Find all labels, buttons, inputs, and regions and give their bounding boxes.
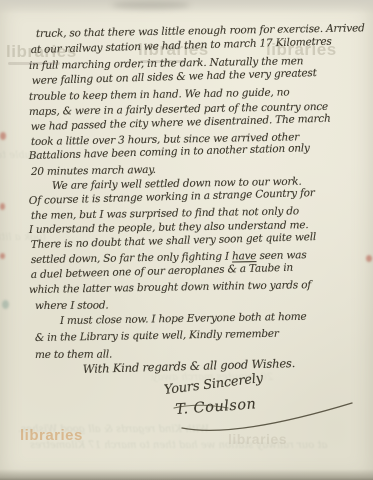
bleed-speck bbox=[366, 255, 372, 262]
letter-page: libraries libraries libraries libraries … bbox=[0, 0, 373, 480]
letter-line: I must close now. I hope Everyone both a… bbox=[60, 311, 307, 327]
letter-line: me to them all. bbox=[35, 348, 112, 361]
letter-line-segment: seen was bbox=[256, 249, 306, 262]
letter-line: which the latter was brought down within… bbox=[29, 279, 311, 296]
scan-top-smudge bbox=[112, 1, 190, 9]
bleed-through: at our railway station we had then to ma… bbox=[30, 440, 327, 451]
scan-top-edge bbox=[0, 0, 373, 14]
letter-line: & in the Library is quite well, Kindly r… bbox=[35, 328, 279, 344]
signature-flourish bbox=[168, 396, 360, 438]
bleed-speck bbox=[0, 203, 5, 210]
bleed-speck bbox=[0, 253, 5, 259]
scan-bottom-edge bbox=[0, 469, 373, 480]
letter-line: where I stood. bbox=[35, 299, 109, 312]
underlined-word: have bbox=[232, 250, 257, 262]
letter-line: 20 minutes march away. bbox=[31, 164, 156, 178]
bleed-speck bbox=[0, 132, 6, 140]
bleed-speck bbox=[2, 300, 9, 309]
letter-line: trouble to keep them in hand. We had no … bbox=[29, 86, 290, 103]
